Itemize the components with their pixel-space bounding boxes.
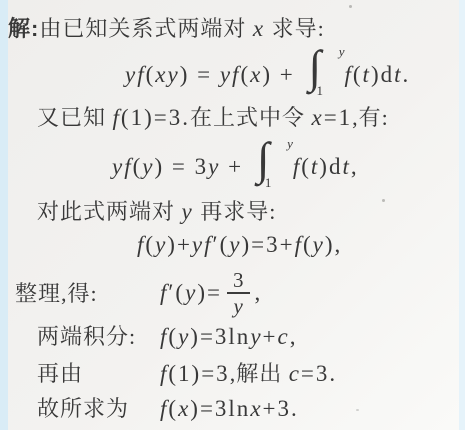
math-variable: y: [229, 232, 241, 257]
scan-right-margin-strip: [459, 0, 465, 430]
math-variable: f: [113, 105, 121, 130]
text-run: )=3+: [241, 232, 294, 257]
math-variable: x: [250, 396, 262, 421]
text-run: 故所求为: [37, 396, 129, 421]
integral-icon: ∫y1: [255, 140, 291, 188]
text-run: =3.: [301, 361, 337, 386]
scan-artifact-dot: [356, 409, 359, 411]
text-run: 对此式两端对: [37, 199, 182, 224]
math-variable: f: [293, 154, 301, 179]
text-run: 再求导:: [194, 199, 277, 224]
text-run: +: [220, 154, 250, 179]
text-run: )d: [319, 154, 342, 179]
text-run: 两端积分:: [37, 324, 136, 349]
math-variable: yf: [220, 62, 241, 87]
text-run: ) = 3: [155, 154, 209, 179]
solution-step-integrate: 两端积分: f(y)=3lny+c,: [37, 324, 457, 350]
text-run: (: [146, 62, 156, 87]
text-run: (: [133, 154, 143, 179]
equation-1: yf(xy) = yf(x) + ∫y1f(t)dt.: [125, 48, 410, 96]
text-run: +: [263, 324, 278, 349]
text-run: 求导:: [265, 16, 325, 41]
math-variable: y: [182, 199, 194, 224]
scan-artifact-dot: [349, 5, 352, 8]
text-run: (: [145, 232, 155, 257]
math-variable: c: [289, 361, 301, 386]
integral-icon: ∫y1: [306, 48, 342, 96]
text-run: ,: [351, 154, 359, 179]
math-variable: xy: [155, 62, 179, 87]
text-run: (: [303, 232, 313, 257]
math-variable: t: [342, 154, 350, 179]
text-run: ) +: [262, 62, 302, 87]
solution-step-final-answer: 故所求为 f(x)=3lnx+3.: [37, 396, 457, 422]
text-run: (: [168, 396, 178, 421]
math-variable: y: [155, 232, 167, 257]
math-variable: yf: [192, 232, 213, 257]
step-label-solve-constant: 再由: [37, 361, 83, 386]
fraction: 3y: [226, 268, 251, 318]
text-run: 解:: [8, 16, 39, 41]
solution-step-differentiate-y: 对此式两端对 y 再求导:: [37, 199, 276, 225]
text-run: )=3ln: [190, 396, 250, 421]
step-label-integrate: 两端积分:: [37, 324, 136, 349]
equation-3: f(y)+yf′(y)=3+f(y),: [137, 232, 342, 258]
text-run: )+: [167, 232, 192, 257]
math-variable: x: [253, 16, 265, 41]
solution-step-intro: 解:由已知关系式两端对 x 求导:: [8, 16, 325, 42]
text-run: )=: [197, 280, 222, 306]
text-run: 又已知: [37, 105, 113, 130]
text-run: (: [301, 154, 311, 179]
step-label-simplify: 整理,得:: [15, 281, 98, 307]
text-run: ),: [325, 232, 342, 257]
equation-7: f(x)=3lnx+3.: [160, 396, 299, 422]
text-run: 整理,得:: [15, 281, 98, 306]
math-variable: f: [160, 280, 168, 306]
text-run: ,解出: [230, 361, 289, 386]
math-variable: y: [185, 280, 197, 306]
step-label-final-answer: 故所求为: [37, 396, 129, 421]
math-variable: yf: [112, 154, 133, 179]
equation-6: f(1)=3,解出 c=3.: [160, 361, 337, 387]
text-run: 由已知关系式两端对: [39, 16, 253, 41]
text-run: 在上式中令: [190, 105, 312, 130]
text-run: ,: [290, 324, 298, 349]
text-run: ′(: [168, 280, 185, 306]
equation-5: f(y)=3lny+c,: [160, 324, 297, 350]
equation-2: yf(y) = 3y + ∫y1f(t)dt,: [112, 140, 359, 188]
text-run: ′(: [213, 232, 230, 257]
text-run: (: [353, 62, 363, 87]
math-variable: x: [311, 105, 323, 130]
math-variable: f: [295, 232, 303, 257]
math-variable: t: [363, 62, 371, 87]
solution-step-known-condition: 又已知 f(1)=3.在上式中令 x=1,有:: [37, 105, 389, 131]
math-variable: t: [394, 62, 402, 87]
math-variable: yf: [125, 62, 146, 87]
text-run: (1)=3: [168, 361, 229, 386]
solution-page: 解:由已知关系式两端对 x 求导: yf(xy) = yf(x) + ∫y1f(…: [0, 0, 465, 430]
math-variable: y: [142, 154, 154, 179]
text-run: =1: [324, 105, 352, 130]
math-variable: f: [344, 62, 352, 87]
equation-4-fraction: f′(y)=3y,: [160, 268, 262, 318]
text-run: (: [168, 324, 178, 349]
math-variable: c: [278, 324, 290, 349]
scan-left-margin-strip: [0, 0, 8, 430]
math-variable: x: [250, 62, 262, 87]
math-variable: y: [250, 324, 262, 349]
math-variable: y: [208, 154, 220, 179]
math-variable: y: [313, 232, 325, 257]
text-run: 再由: [37, 361, 83, 386]
math-variable: y: [178, 324, 190, 349]
text-run: (: [240, 62, 250, 87]
text-run: ,: [254, 280, 262, 306]
text-run: ,有:: [352, 105, 389, 130]
scan-artifact-dot: [382, 199, 385, 202]
text-run: )d: [371, 62, 394, 87]
math-variable: x: [178, 396, 190, 421]
text-run: ) =: [180, 62, 220, 87]
solution-step-simplify: 整理,得: f′(y)=3y,: [15, 268, 445, 318]
text-run: (1)=3.: [121, 105, 190, 130]
text-run: +3.: [263, 396, 299, 421]
text-run: )=3ln: [190, 324, 250, 349]
text-run: .: [403, 62, 411, 87]
solution-step-solve-constant: 再由 f(1)=3,解出 c=3.: [37, 361, 457, 387]
